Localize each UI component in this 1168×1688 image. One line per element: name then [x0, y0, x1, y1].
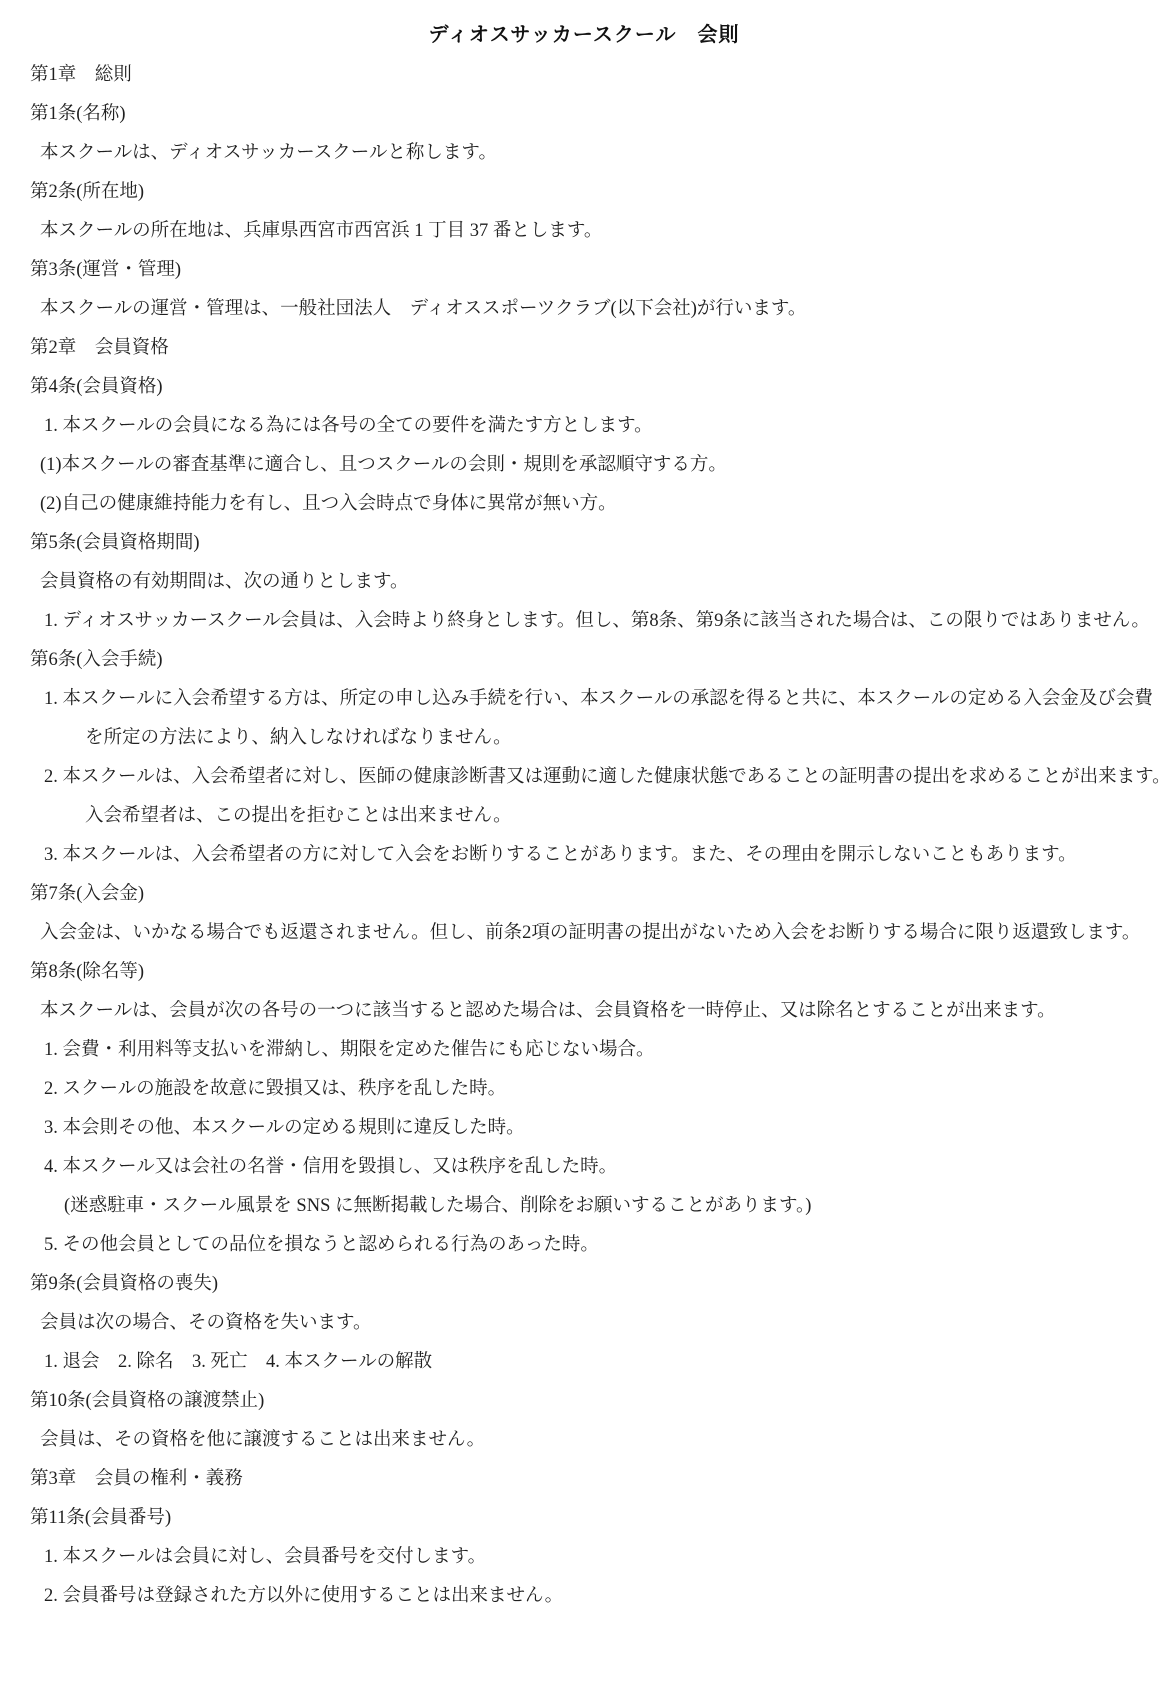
document-line-chapter: 第1章 総則	[30, 56, 1168, 95]
document-line-item: 1. 本スクールの会員になる為には各号の全ての要件を満たす方とします。	[44, 407, 1168, 446]
document-line-item: 1. ディオスサッカースクール会員は、入会時より終身とします。但し、第8条、第9…	[44, 602, 1168, 641]
document-line-item: 1. 退会 2. 除名 3. 死亡 4. 本スクールの解散	[44, 1343, 1168, 1382]
document-line-article: 第4条(会員資格)	[30, 368, 1168, 407]
document-line-item: 2. 会員番号は登録された方以外に使用することは出来ません。	[44, 1577, 1168, 1616]
document-line-article: 第9条(会員資格の喪失)	[30, 1265, 1168, 1304]
document-line-paren: (1)本スクールの審査基準に適合し、且つスクールの会則・規則を承認順守する方。	[40, 446, 1168, 485]
document-line-item: 3. 本スクールは、入会希望者の方に対して入会をお断りすることがあります。また、…	[44, 836, 1168, 875]
document-line-body: 本スクールは、ディオスサッカースクールと称します。	[40, 134, 1168, 173]
document-line-chapter: 第3章 会員の権利・義務	[30, 1460, 1168, 1499]
document-line-item: 5. その他会員としての品位を損なうと認められる行為のあった時。	[44, 1226, 1168, 1265]
document-line-article: 第6条(入会手続)	[30, 641, 1168, 680]
document-line-item: 2. スクールの施設を故意に毀損又は、秩序を乱した時。	[44, 1070, 1168, 1109]
document-line-article: 第10条(会員資格の譲渡禁止)	[30, 1382, 1168, 1421]
document-line-item: 1. 本スクールに入会希望する方は、所定の申し込み手続を行い、本スクールの承認を…	[44, 680, 1168, 719]
document-line-chapter: 第2章 会員資格	[30, 329, 1168, 368]
document-line-article: 第7条(入会金)	[30, 875, 1168, 914]
document-line-item: 4. 本スクール又は会社の名誉・信用を毀損し、又は秩序を乱した時。	[44, 1148, 1168, 1187]
document-line-body: 会員資格の有効期間は、次の通りとします。	[40, 563, 1168, 602]
document-line-article: 第8条(除名等)	[30, 953, 1168, 992]
document-line-body: 会員は、その資格を他に譲渡することは出来ません。	[40, 1421, 1168, 1460]
document-line-body: 本スクールの所在地は、兵庫県西宮市西宮浜 1 丁目 37 番とします。	[40, 212, 1168, 251]
document-line-body: 本スクールは、会員が次の各号の一つに該当すると認めた場合は、会員資格を一時停止、…	[40, 992, 1168, 1031]
document-line-cont: 入会希望者は、この提出を拒むことは出来ません。	[85, 797, 1168, 836]
document-line-article: 第5条(会員資格期間)	[30, 524, 1168, 563]
document-line-body: 入会金は、いかなる場合でも返還されません。但し、前条2項の証明書の提出がないため…	[40, 914, 1168, 953]
document-line-article: 第11条(会員番号)	[30, 1499, 1168, 1538]
document-line-body: 本スクールの運営・管理は、一般社団法人 ディオススポーツクラブ(以下会社)が行い…	[40, 290, 1168, 329]
document-line-note: (迷惑駐車・スクール風景を SNS に無断掲載した場合、削除をお願いすることがあ…	[64, 1187, 1168, 1226]
document-line-article: 第3条(運営・管理)	[30, 251, 1168, 290]
document-line-item: 3. 本会則その他、本スクールの定める規則に違反した時。	[44, 1109, 1168, 1148]
document-line-item: 1. 本スクールは会員に対し、会員番号を交付します。	[44, 1538, 1168, 1577]
document-line-article: 第2条(所在地)	[30, 173, 1168, 212]
document-line-cont: を所定の方法により、納入しなければなりません。	[85, 719, 1168, 758]
document-page: ディオスサッカースクール 会則 第1章 総則第1条(名称)本スクールは、ディオス…	[0, 0, 1168, 1688]
document-title: ディオスサッカースクール 会則	[0, 14, 1168, 56]
document-line-article: 第1条(名称)	[30, 95, 1168, 134]
document-line-item: 1. 会費・利用料等支払いを滞納し、期限を定めた催告にも応じない場合。	[44, 1031, 1168, 1070]
document-line-paren: (2)自己の健康維持能力を有し、且つ入会時点で身体に異常が無い方。	[40, 485, 1168, 524]
document-line-item: 2. 本スクールは、入会希望者に対し、医師の健康診断書又は運動に適した健康状態で…	[44, 758, 1168, 797]
document-lines: 第1章 総則第1条(名称)本スクールは、ディオスサッカースクールと称します。第2…	[0, 56, 1168, 1616]
document-line-body: 会員は次の場合、その資格を失います。	[40, 1304, 1168, 1343]
